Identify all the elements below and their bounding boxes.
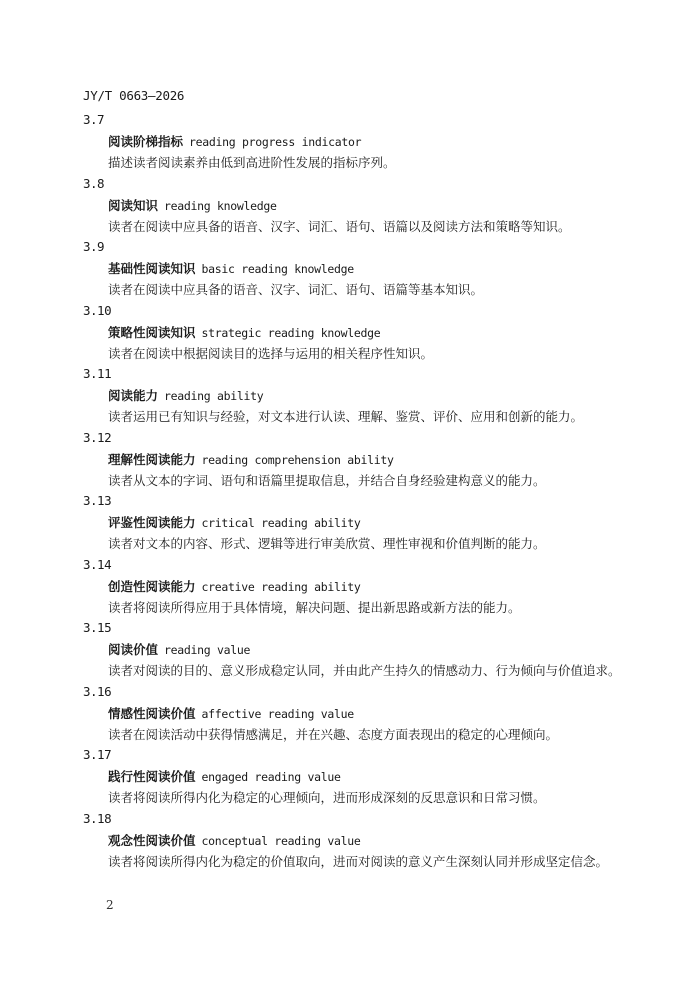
term-definition: 读者对阅读的目的、意义形成稳定认同，并由此产生持久的情感动力、行为倾向与价值追求… [108, 660, 643, 681]
term-chinese: 观念性阅读价值 [108, 833, 196, 848]
term-entry: 3.11 阅读能力reading ability 读者运用已有知识与经验，对文本… [83, 363, 643, 427]
term-english: basic reading knowledge [202, 262, 354, 276]
term-definition: 读者从文本的字词、语句和语篇里提取信息，并结合自身经验建构意义的能力。 [108, 470, 643, 491]
term-entry: 3.10 策略性阅读知识strategic reading knowledge … [83, 300, 643, 364]
term-definition: 读者在阅读中应具备的语音、汉字、词汇、语句、语篇以及阅读方法和策略等知识。 [108, 216, 643, 237]
term-entry: 3.16 情感性阅读价值affective reading value 读者在阅… [83, 681, 643, 745]
clause-number: 3.16 [83, 681, 643, 703]
clause-number: 3.11 [83, 363, 643, 385]
term-definition: 读者对文本的内容、形式、逻辑等进行审美欣赏、理性审视和价值判断的能力。 [108, 533, 643, 554]
clause-number: 3.9 [83, 236, 643, 258]
clause-number: 3.15 [83, 617, 643, 639]
term-definition: 读者运用已有知识与经验，对文本进行认读、理解、鉴赏、评价、应用和创新的能力。 [108, 406, 643, 427]
clause-number: 3.18 [83, 808, 643, 830]
clause-number: 3.7 [83, 109, 643, 131]
term-english: reading progress indicator [189, 135, 361, 149]
term-heading: 理解性阅读能力reading comprehension ability [108, 449, 643, 470]
term-chinese: 情感性阅读价值 [108, 706, 196, 721]
term-english: reading ability [164, 389, 263, 403]
term-definition: 读者在阅读中应具备的语音、汉字、词汇、语句、语篇等基本知识。 [108, 279, 643, 300]
term-heading: 评鉴性阅读能力critical reading ability [108, 512, 643, 533]
term-chinese: 阅读价值 [108, 642, 158, 657]
term-heading: 阅读知识reading knowledge [108, 195, 643, 216]
term-entry: 3.14 创造性阅读能力creative reading ability 读者将… [83, 554, 643, 618]
page-number: 2 [106, 898, 114, 912]
clause-number: 3.13 [83, 490, 643, 512]
term-english: affective reading value [202, 707, 354, 721]
term-heading: 阅读价值reading value [108, 639, 643, 660]
term-heading: 践行性阅读价值engaged reading value [108, 766, 643, 787]
term-definition: 读者在阅读活动中获得情感满足，并在兴趣、态度方面表现出的稳定的心理倾向。 [108, 724, 643, 745]
term-english: reading value [164, 643, 250, 657]
term-chinese: 策略性阅读知识 [108, 325, 196, 340]
term-definition: 读者将阅读所得应用于具体情境，解决问题、提出新思路或新方法的能力。 [108, 597, 643, 618]
clause-number: 3.14 [83, 554, 643, 576]
term-heading: 情感性阅读价值affective reading value [108, 703, 643, 724]
term-entry: 3.8 阅读知识reading knowledge 读者在阅读中应具备的语音、汉… [83, 173, 643, 237]
term-entry: 3.15 阅读价值reading value 读者对阅读的目的、意义形成稳定认同… [83, 617, 643, 681]
standard-code-header: JY/T 0663—2026 [83, 88, 184, 103]
term-chinese: 阅读能力 [108, 388, 158, 403]
clause-number: 3.8 [83, 173, 643, 195]
term-chinese: 基础性阅读知识 [108, 261, 196, 276]
term-entry: 3.12 理解性阅读能力reading comprehension abilit… [83, 427, 643, 491]
term-english: strategic reading knowledge [202, 326, 381, 340]
term-chinese: 评鉴性阅读能力 [108, 515, 196, 530]
term-heading: 观念性阅读价值conceptual reading value [108, 830, 643, 851]
term-definition: 读者将阅读所得内化为稳定的价值取向，进而对阅读的意义产生深刻认同并形成坚定信念。 [108, 851, 643, 872]
term-entry: 3.9 基础性阅读知识basic reading knowledge 读者在阅读… [83, 236, 643, 300]
term-heading: 创造性阅读能力creative reading ability [108, 576, 643, 597]
term-entry: 3.18 观念性阅读价值conceptual reading value 读者将… [83, 808, 643, 872]
term-chinese: 阅读阶梯指标 [108, 134, 183, 149]
term-english: creative reading ability [202, 580, 361, 594]
term-entry: 3.7 阅读阶梯指标reading progress indicator 描述读… [83, 109, 643, 173]
term-chinese: 理解性阅读能力 [108, 452, 196, 467]
term-heading: 阅读能力reading ability [108, 385, 643, 406]
term-english: critical reading ability [202, 516, 361, 530]
term-english: reading comprehension ability [202, 453, 394, 467]
term-definition: 读者在阅读中根据阅读目的选择与运用的相关程序性知识。 [108, 343, 643, 364]
term-english: engaged reading value [202, 770, 341, 784]
clause-number: 3.17 [83, 744, 643, 766]
term-entry: 3.13 评鉴性阅读能力critical reading ability 读者对… [83, 490, 643, 554]
term-chinese: 践行性阅读价值 [108, 769, 196, 784]
term-definition: 描述读者阅读素养由低到高进阶性发展的指标序列。 [108, 152, 643, 173]
term-heading: 阅读阶梯指标reading progress indicator [108, 131, 643, 152]
term-heading: 策略性阅读知识strategic reading knowledge [108, 322, 643, 343]
clause-number: 3.10 [83, 300, 643, 322]
term-english: conceptual reading value [202, 834, 361, 848]
term-definition: 读者将阅读所得内化为稳定的心理倾向，进而形成深刻的反思意识和日常习惯。 [108, 787, 643, 808]
term-entry: 3.17 践行性阅读价值engaged reading value 读者将阅读所… [83, 744, 643, 808]
term-english: reading knowledge [164, 199, 277, 213]
term-chinese: 创造性阅读能力 [108, 579, 196, 594]
term-chinese: 阅读知识 [108, 198, 158, 213]
term-heading: 基础性阅读知识basic reading knowledge [108, 258, 643, 279]
clause-number: 3.12 [83, 427, 643, 449]
